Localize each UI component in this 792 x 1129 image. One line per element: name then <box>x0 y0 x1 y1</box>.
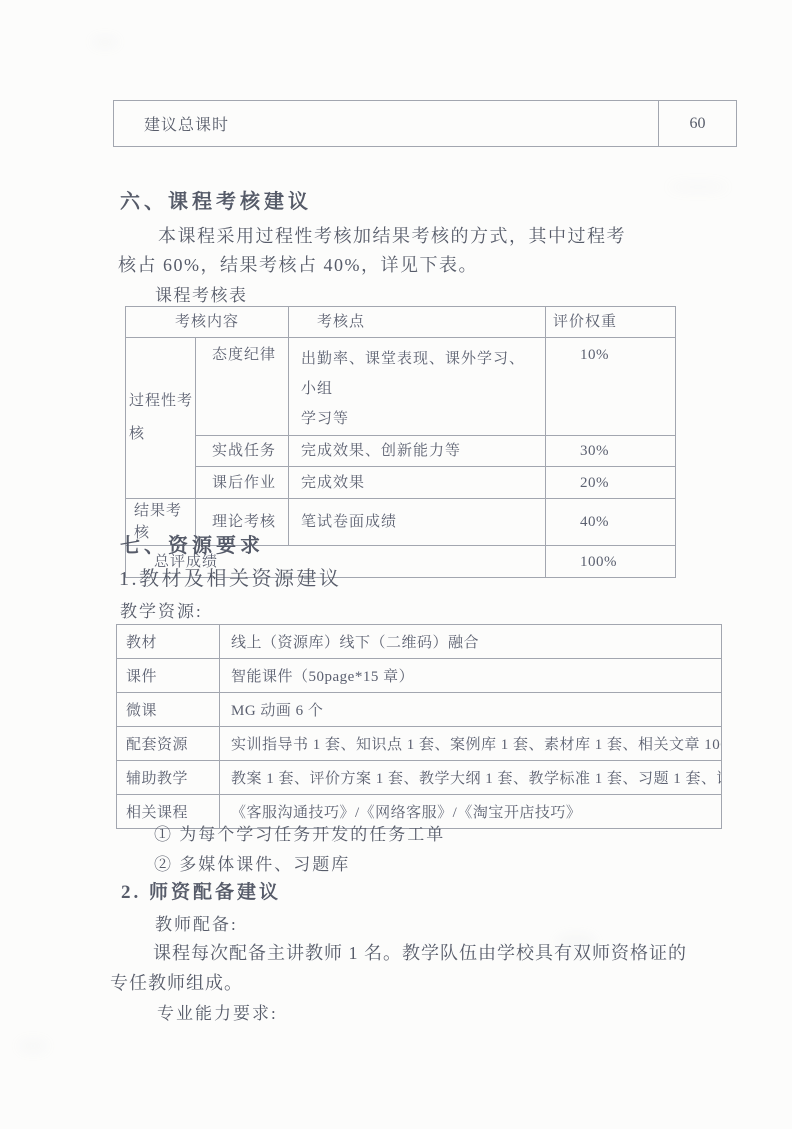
resource-type: 微课 <box>117 693 220 727</box>
column-header-content: 考核内容 <box>126 307 289 338</box>
resource-type: 配套资源 <box>117 727 220 761</box>
column-header-weight: 评价权重 <box>546 307 676 338</box>
scan-smudge <box>92 38 118 46</box>
professional-ability-label: 专业能力要求: <box>157 999 278 1024</box>
resource-value: 实训指导书 1 套、知识点 1 套、案例库 1 套、素材库 1 套、相关文章 1… <box>220 727 722 761</box>
table-row: 配套资源 实训指导书 1 套、知识点 1 套、案例库 1 套、素材库 1 套、相… <box>117 727 722 761</box>
table-row: 实战任务 完成效果、创新能力等 30% <box>126 436 676 467</box>
assessment-weight: 40% <box>546 499 676 546</box>
assessment-weight: 10% <box>546 338 676 436</box>
resource-value: MG 动画 6 个 <box>220 693 722 727</box>
assessment-paragraph-line1: 本课程采用过程性考核加结果考核的方式，其中过程考 <box>158 222 626 248</box>
table-row: 课件 智能课件（50page*15 章） <box>117 659 722 693</box>
assessment-paragraph-line2: 核占 60%，结果考核占 40%，详见下表。 <box>118 251 478 277</box>
scan-smudge <box>18 1040 48 1052</box>
assessment-table-caption: 课程考核表 <box>155 281 248 306</box>
resource-type: 课件 <box>117 659 220 693</box>
assessment-item: 态度纪律 <box>196 338 289 436</box>
table-row: 建议总课时 60 <box>114 101 737 147</box>
table-row: 辅助教学 教案 1 套、评价方案 1 套、教学大纲 1 套、教学标准 1 套、习… <box>117 761 722 795</box>
teacher-paragraph-line2: 专任教师组成。 <box>110 969 243 995</box>
table-header-row: 考核内容 考核点 评价权重 <box>126 307 676 338</box>
total-score-weight: 100% <box>546 546 676 578</box>
table-row: 过程性考 核 态度纪律 出勤率、课堂表现、课外学习、小组 学习等 10% <box>126 338 676 436</box>
assessment-point: 笔试卷面成绩 <box>289 499 546 546</box>
resource-type: 辅助教学 <box>117 761 220 795</box>
resource-value: 智能课件（50page*15 章） <box>220 659 722 693</box>
subheading-teacher-staffing: 2. 师资配备建议 <box>121 877 281 904</box>
section-heading-resources: 七、资源要求 <box>120 529 264 558</box>
document-page: 建议总课时 60 六、课程考核建议 本课程采用过程性考核加结果考核的方式，其中过… <box>0 0 792 1129</box>
assessment-item: 实战任务 <box>196 436 289 467</box>
note-item-2: ② 多媒体课件、习题库 <box>154 850 350 875</box>
resource-value: 教案 1 套、评价方案 1 套、教学大纲 1 套、教学标准 1 套、习题 1 套… <box>220 761 722 795</box>
teacher-paragraph-line1: 课程每次配备主讲教师 1 名。教学队伍由学校具有双师资格证的 <box>153 939 687 965</box>
resource-value: 线上（资源库）线下（二维码）融合 <box>220 625 722 659</box>
total-hours-value: 60 <box>659 101 737 147</box>
total-hours-table: 建议总课时 60 <box>113 100 737 147</box>
teacher-allocation-label: 教师配备: <box>155 910 238 935</box>
table-row: 微课 MG 动画 6 个 <box>117 693 722 727</box>
assessment-point: 完成效果、创新能力等 <box>289 436 546 467</box>
total-hours-label: 建议总课时 <box>114 101 659 147</box>
section-heading-assessment: 六、课程考核建议 <box>120 185 312 214</box>
note-item-1: ① 为每个学习任务开发的任务工单 <box>154 820 445 845</box>
column-header-point: 考核点 <box>289 307 546 338</box>
process-assessment-group-label: 过程性考 核 <box>126 338 196 499</box>
resources-table: 教材 线上（资源库）线下（二维码）融合 课件 智能课件（50page*15 章）… <box>116 624 722 829</box>
subheading-teaching-materials: 1.教材及相关资源建议 <box>119 562 342 591</box>
assessment-point: 出勤率、课堂表现、课外学习、小组 学习等 <box>289 338 546 436</box>
teaching-resources-label: 教学资源: <box>120 597 203 622</box>
assessment-point: 完成效果 <box>289 467 546 499</box>
table-row: 教材 线上（资源库）线下（二维码）融合 <box>117 625 722 659</box>
assessment-item: 课后作业 <box>196 467 289 499</box>
assessment-weight: 20% <box>546 467 676 499</box>
scan-smudge <box>668 182 728 192</box>
assessment-weight: 30% <box>546 436 676 467</box>
resource-type: 教材 <box>117 625 220 659</box>
table-row: 课后作业 完成效果 20% <box>126 467 676 499</box>
